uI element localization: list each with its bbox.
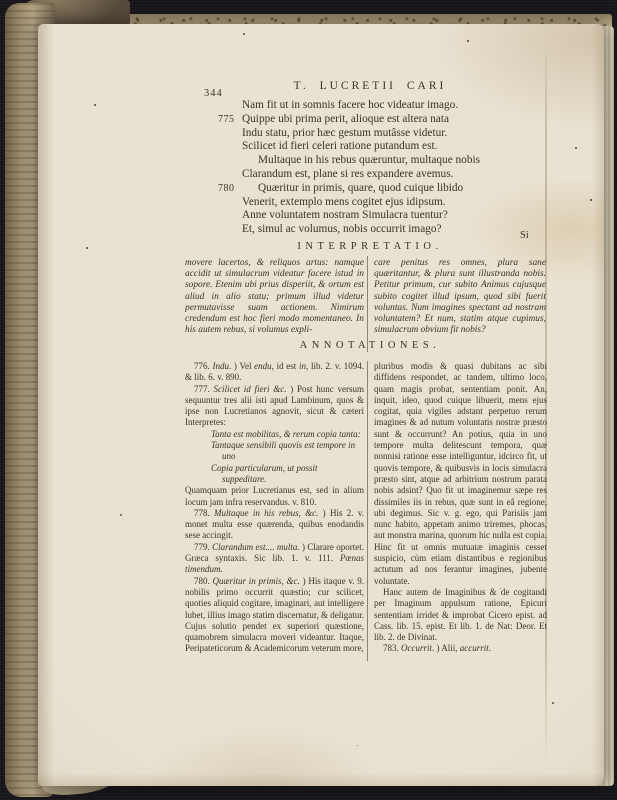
annotation-text-segment: Copia particularum, ut possit suppeditar… [211, 463, 318, 484]
annotation-text-segment: Tanta est mobilitas, & rerum copia tanta… [211, 429, 361, 439]
verse-line-text: Scilicet id fieri celeri ratione putandu… [242, 140, 554, 154]
verse-line-number: 780 [218, 182, 242, 196]
verse-line-text: Clarandum est, plane si res expandere av… [242, 168, 554, 182]
annotation-paragraph: 776. Indu. ) Vel endu, id est in, lib. 2… [185, 361, 364, 384]
annotation-paragraph: Copia particularum, ut possit suppeditar… [185, 463, 364, 486]
annotationes-left-column: 776. Indu. ) Vel endu, id est in, lib. 2… [185, 361, 364, 701]
annotation-paragraph: 777. Scilicet id fieri &c. ) Post hunc v… [185, 384, 364, 429]
verse-line-text: Indu statu, prior hæc gestum mutâsse vid… [242, 127, 554, 141]
fox-spot [552, 702, 554, 704]
verse-line-text: Nam fit ut in somnis facere hoc videatur… [242, 99, 554, 113]
column-divider [367, 256, 368, 352]
annotation-paragraph: Hanc autem de Imaginibus & de cogitandi … [374, 587, 547, 643]
verse-line: Anne voluntatem nostram Simulacra tuentu… [218, 209, 554, 223]
annotation-text-segment: Tantaque sensibili quovis est tempore in… [211, 440, 355, 461]
fox-spot [120, 514, 122, 516]
annotation-text-segment: 778. [194, 508, 214, 518]
annotation-text-segment: Multaque in his rebus, &c. [214, 508, 318, 518]
verse-line-text: Multaque in his rebus quæruntur, multaqu… [258, 154, 554, 168]
annotation-segments: pluribus modis & quasi dubitans ac sibi … [374, 361, 547, 586]
annotationes-right-column: pluribus modis & quasi dubitans ac sibi … [374, 361, 547, 683]
annotation-segments: 783. Occurrit. ) Alii, accurrit. [383, 643, 491, 653]
fox-spot [590, 199, 592, 201]
verse-line-text: Anne voluntatem nostram Simulacra tuentu… [242, 209, 554, 223]
fox-spot [467, 40, 469, 42]
verse-line-text: Et, simul ac volumus, nobis occurrit ima… [242, 223, 554, 237]
annotation-text-segment: Quæritur in primis, &c. [213, 576, 300, 586]
annotation-paragraph: Quamquam prior Lucretianus est, sed in a… [185, 485, 364, 508]
annotation-segments: Copia particularum, ut possit suppeditar… [211, 463, 318, 484]
annotation-segments: Tantaque sensibili quovis est tempore in… [211, 440, 355, 461]
verse-line-text: Venerit, extemplo mens cogitet ejus idip… [242, 196, 554, 210]
annotation-text-segment: 779. [194, 542, 212, 552]
verse-line-text: Quæritur in primis, quare, quod cuique l… [258, 182, 554, 196]
annotation-text-segment: , id est [272, 361, 299, 371]
annotation-text-segment: Quamquam prior Lucretianus est, sed in a… [185, 485, 364, 506]
catchword: Si [520, 230, 529, 241]
annotation-text-segment: Indu [212, 361, 229, 371]
verse-line: Scilicet id fieri celeri ratione putandu… [218, 140, 554, 154]
fox-spot [575, 147, 577, 149]
annotationes-heading: ANNOTATIONES. [188, 340, 552, 351]
fox-spot [243, 33, 245, 35]
annotation-text-segment: Clarandum est.... multa. [212, 542, 300, 552]
verse-line: 775 Quippe ubi prima perit, alioque est … [218, 113, 554, 127]
annotation-paragraph: 780. Quæritur in primis, &c. ) His itaqu… [185, 576, 364, 655]
annotation-text-segment: Hanc autem de Imaginibus & de cogitandi … [374, 587, 547, 642]
annotation-text-segment: 777. [194, 384, 214, 394]
column-divider [367, 361, 368, 661]
annotation-segments: Hanc autem de Imaginibus & de cogitandi … [374, 587, 547, 642]
annotation-paragraph: pluribus modis & quasi dubitans ac sibi … [374, 361, 547, 587]
verse-line-text: Quippe ubi prima perit, alioque est alte… [242, 113, 554, 127]
annotation-text-segment: Scilicet id fieri &c. [214, 384, 287, 394]
annotation-segments: 780. Quæritur in primis, &c. ) His itaqu… [185, 576, 364, 654]
annotation-segments: 778. Multaque in his rebus, &c. ) His 2.… [185, 508, 364, 541]
verse-line: Nam fit ut in somnis facere hoc videatur… [218, 99, 554, 113]
annotation-text-segment: . ) Alii, [432, 643, 460, 653]
annotation-paragraph: 779. Clarandum est.... multa. ) Clarare … [185, 542, 364, 576]
photographed-book-page: 344 T. LUCRETII CARI Nam fit ut in somni… [0, 0, 617, 800]
verse-line: 780 Quæritur in primis, quare, quod cuiq… [218, 182, 554, 196]
annotation-text-segment: . ) Vel [229, 361, 254, 371]
verse-block: Nam fit ut in somnis facere hoc videatur… [218, 99, 554, 237]
interpretatio-heading: INTERPRETATIO. [188, 241, 552, 252]
annotation-text-segment: Occurrit [401, 643, 432, 653]
fox-spot [86, 247, 88, 249]
annotation-segments: 779. Clarandum est.... multa. ) Clarare … [185, 542, 364, 575]
verse-line: Multaque in his rebus quæruntur, multaqu… [218, 154, 554, 168]
running-title: T. LUCRETII CARI [188, 80, 552, 92]
annotation-text-segment: ) His itaque v. 9. nobilis primo occurri… [185, 576, 364, 654]
verse-line-number: 775 [218, 113, 242, 127]
annotation-paragraph: 778. Multaque in his rebus, &c. ) His 2.… [185, 508, 364, 542]
annotation-paragraph: Tanta est mobilitas, & rerum copia tanta… [185, 429, 364, 440]
fox-spot [94, 104, 96, 106]
verse-line: Indu statu, prior hæc gestum mutâsse vid… [218, 127, 554, 141]
annotation-text-segment: in [299, 361, 306, 371]
verse-line: Venerit, extemplo mens cogitet ejus idip… [218, 196, 554, 210]
annotation-text-segment: . [489, 643, 491, 653]
book-page: 344 T. LUCRETII CARI Nam fit ut in somni… [38, 24, 604, 786]
verse-line: Et, simul ac volumus, nobis occurrit ima… [218, 223, 554, 237]
verse-line: Clarandum est, plane si res expandere av… [218, 168, 554, 182]
annotation-text-segment: 783. [383, 643, 401, 653]
annotation-paragraph: 783. Occurrit. ) Alii, accurrit. [374, 643, 547, 654]
annotation-text-segment: endu [254, 361, 272, 371]
fox-spot [357, 745, 358, 746]
annotation-text-segment: 780. [194, 576, 213, 586]
annotation-text-segment: pluribus modis & quasi dubitans ac sibi … [374, 361, 547, 586]
annotation-segments: 777. Scilicet id fieri &c. ) Post hunc v… [185, 384, 364, 428]
annotation-paragraph: Tantaque sensibili quovis est tempore in… [185, 440, 364, 463]
annotation-segments: Quamquam prior Lucretianus est, sed in a… [185, 485, 364, 506]
annotation-text-segment: 776. [194, 361, 212, 371]
annotation-segments: Tanta est mobilitas, & rerum copia tanta… [211, 429, 361, 439]
annotation-segments: 776. Indu. ) Vel endu, id est in, lib. 2… [185, 361, 364, 382]
annotation-text-segment: accurrit [460, 643, 489, 653]
